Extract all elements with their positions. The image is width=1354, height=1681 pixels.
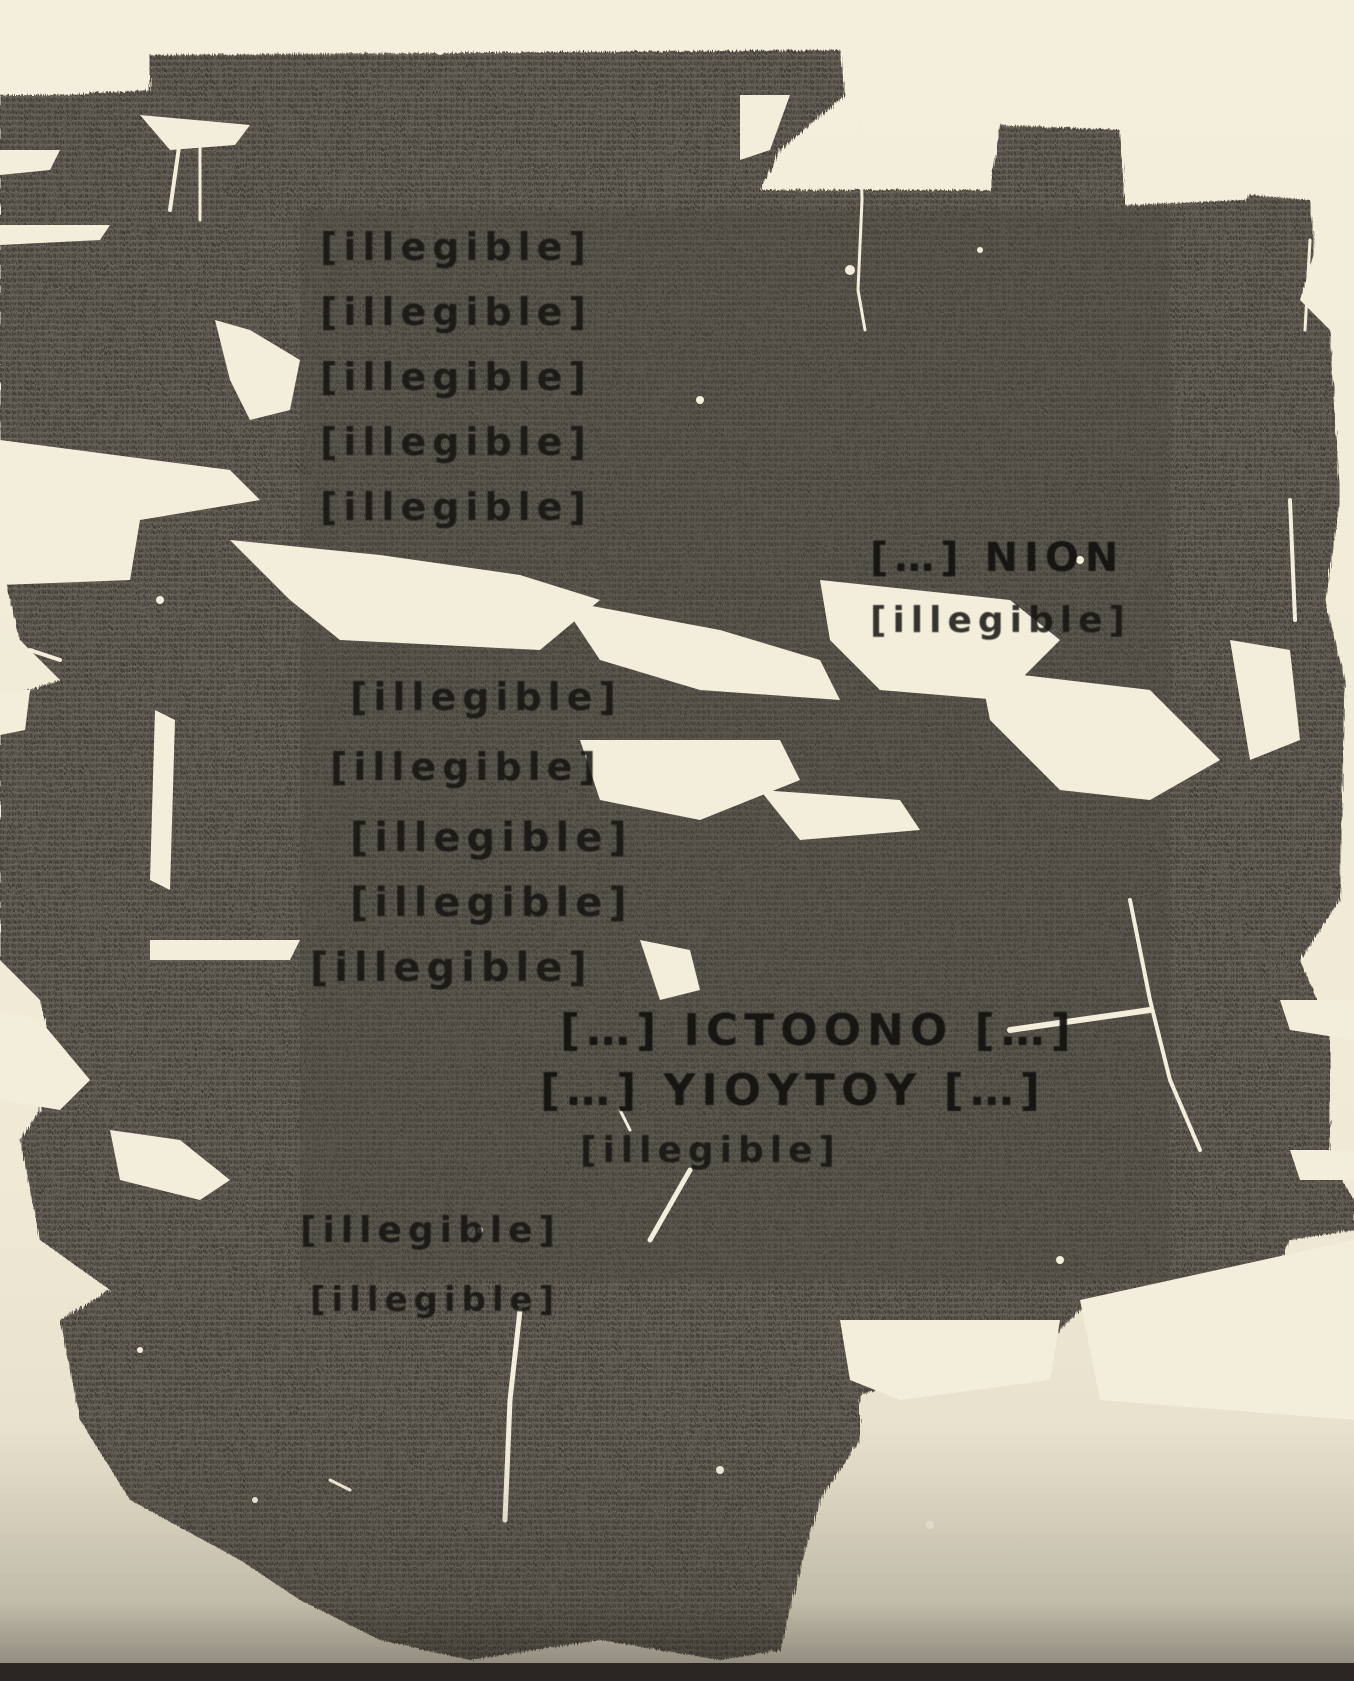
photo-vignette: [0, 1421, 1354, 1681]
text-line-4: [illegible]: [320, 420, 592, 464]
text-line-8: [illegible]: [350, 675, 622, 719]
text-line-3: [illegible]: [320, 355, 592, 399]
text-line-5: [illegible]: [320, 485, 592, 529]
photo-bottom-edge: [0, 1663, 1354, 1681]
papyrus-photograph: [illegible] [illegible] [illegible] [ill…: [0, 0, 1354, 1681]
text-line-2: [illegible]: [320, 290, 592, 334]
text-line-1: [illegible]: [320, 225, 592, 269]
text-line-17: [illegible]: [310, 1280, 560, 1320]
text-line-7: [illegible]: [870, 600, 1131, 641]
text-line-16: [illegible]: [300, 1210, 561, 1251]
text-line-14: […] ΥΙΟΥΤΟΥ […]: [540, 1065, 1046, 1116]
text-line-13: […] ΙCΤΟΟΝΟ […]: [560, 1005, 1077, 1056]
text-line-12: [illegible]: [310, 945, 593, 991]
text-line-10: [illegible]: [350, 815, 633, 861]
text-line-15: [illegible]: [580, 1130, 841, 1171]
text-line-9: [illegible]: [330, 745, 602, 789]
text-line-6: […] ΝΙΟΝ: [870, 535, 1124, 581]
text-line-11: [illegible]: [350, 880, 633, 926]
